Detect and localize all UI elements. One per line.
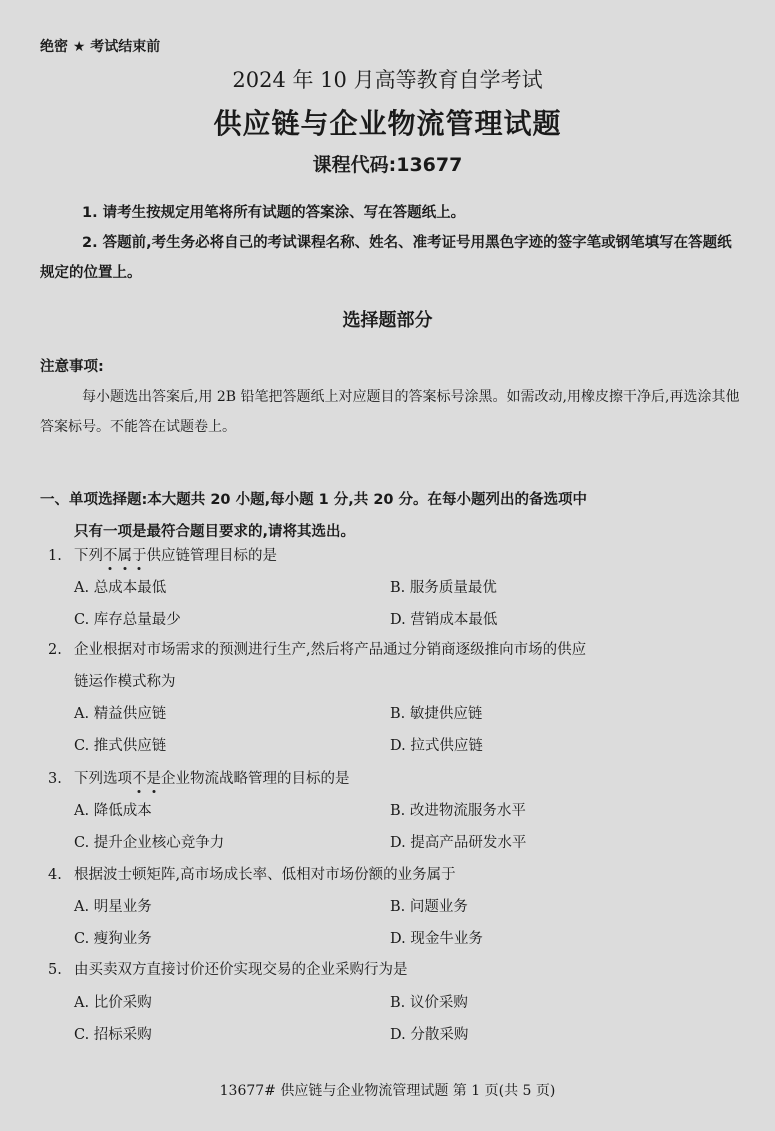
question-1-option-b: B. 服务质量最优 (390, 578, 497, 598)
notice-text-block: 每小题选出答案后,用 2B 铅笔把答题纸上对应题目的答案标号涂黑。如需改动,用橡… (40, 382, 740, 442)
question-1-stem: 1.下列不属于供应链管理目标的是 (48, 540, 718, 572)
question-5-option-d: D. 分散采购 (390, 1025, 468, 1045)
question-3-stem: 3.下列选项不是企业物流战略管理的目标的是 (48, 763, 718, 795)
emphasis-char: 于 (132, 548, 147, 564)
question-1-option-c: C. 库存总量最少 (74, 610, 181, 630)
notice-text: 每小题选出答案后,用 2B 铅笔把答题纸上对应题目的答案标号涂黑。如需改动,用橡… (40, 389, 739, 435)
question-2-option-d: D. 拉式供应链 (390, 736, 483, 756)
stem-text: 下列 (74, 548, 103, 564)
question-number: 1. (48, 540, 74, 572)
question-2-stem: 2.企业根据对市场需求的预测进行生产,然后将产品通过分销商逐级推向市场的供应 链… (48, 634, 718, 698)
question-5-stem: 5.由买卖双方直接讨价还价实现交易的企业采购行为是 (48, 954, 718, 986)
question-4-option-a: A. 明星业务 (74, 897, 152, 917)
page-footer: 13677# 供应链与企业物流管理试题 第 1 页(共 5 页) (0, 1080, 775, 1100)
question-number: 4. (48, 859, 74, 891)
question-3-option-b: B. 改进物流服务水平 (390, 801, 526, 821)
emphasis-char: 不 (103, 548, 118, 564)
subject-title: 供应链与企业物流管理试题 (0, 102, 775, 142)
question-5-option-c: C. 招标采购 (74, 1025, 152, 1045)
stem-text: 由买卖双方直接讨价还价实现交易的企业采购行为是 (74, 962, 408, 978)
question-3-option-c: C. 提升企业核心竞争力 (74, 833, 224, 853)
question-1-option-d: D. 营销成本最低 (390, 610, 497, 630)
question-2-option-b: B. 敏捷供应链 (390, 704, 482, 724)
stem-text: 供应链管理目标的是 (147, 548, 278, 564)
instruction-1-text: 1. 请考生按规定用笔将所有试题的答案涂、写在答题纸上。 (82, 205, 465, 221)
question-5-option-a: A. 比价采购 (74, 993, 152, 1013)
stem-text: 企业根据对市场需求的预测进行生产,然后将产品通过分销商逐级推向市场的供应 (74, 642, 586, 658)
stem-text: 下列选项 (74, 771, 132, 787)
question-number: 5. (48, 954, 74, 986)
emphasis-char: 属 (118, 548, 133, 564)
emphasis-char: 不 (132, 771, 147, 787)
question-2-option-a: A. 精益供应链 (74, 704, 166, 724)
part1-heading: 一、单项选择题:本大题共 20 小题,每小题 1 分,共 20 分。在每小题列出… (40, 484, 740, 548)
question-number: 2. (48, 634, 74, 666)
stem-text: 根据波士顿矩阵,高市场成长率、低相对市场份额的业务属于 (74, 867, 456, 883)
question-3-option-d: D. 提高产品研发水平 (390, 833, 526, 853)
question-4-option-d: D. 现金牛业务 (390, 929, 483, 949)
instruction-1: 1. 请考生按规定用笔将所有试题的答案涂、写在答题纸上。 (40, 198, 740, 228)
question-2-option-c: C. 推式供应链 (74, 736, 166, 756)
instruction-2: 2. 答题前,考生务必将自己的考试课程名称、姓名、准考证号用黑色字迹的签字笔或钢… (40, 228, 740, 288)
exam-title: 2024 年 10 月高等教育自学考试 (0, 64, 775, 94)
question-4-option-b: B. 问题业务 (390, 897, 468, 917)
notice-heading: 注意事项: (40, 355, 104, 376)
question-1-option-a: A. 总成本最低 (74, 578, 166, 598)
question-3-option-a: A. 降低成本 (74, 801, 152, 821)
stem-text: 链运作模式称为 (48, 666, 718, 698)
question-5-option-b: B. 议价采购 (390, 993, 468, 1013)
instruction-2-text: 2. 答题前,考生务必将自己的考试课程名称、姓名、准考证号用黑色字迹的签字笔或钢… (40, 235, 732, 281)
question-number: 3. (48, 763, 74, 795)
stem-text: 企业物流战略管理的目标的是 (161, 771, 350, 787)
course-code: 课程代码:13677 (0, 150, 775, 177)
question-4-stem: 4.根据波士顿矩阵,高市场成长率、低相对市场份额的业务属于 (48, 859, 718, 891)
part1-heading-line1: 一、单项选择题:本大题共 20 小题,每小题 1 分,共 20 分。在每小题列出… (40, 492, 587, 508)
confidential-label: 绝密 ★ 考试结束前 (40, 36, 160, 56)
section-title: 选择题部分 (0, 306, 775, 332)
emphasis-char: 是 (147, 771, 162, 787)
question-4-option-c: C. 瘦狗业务 (74, 929, 152, 949)
